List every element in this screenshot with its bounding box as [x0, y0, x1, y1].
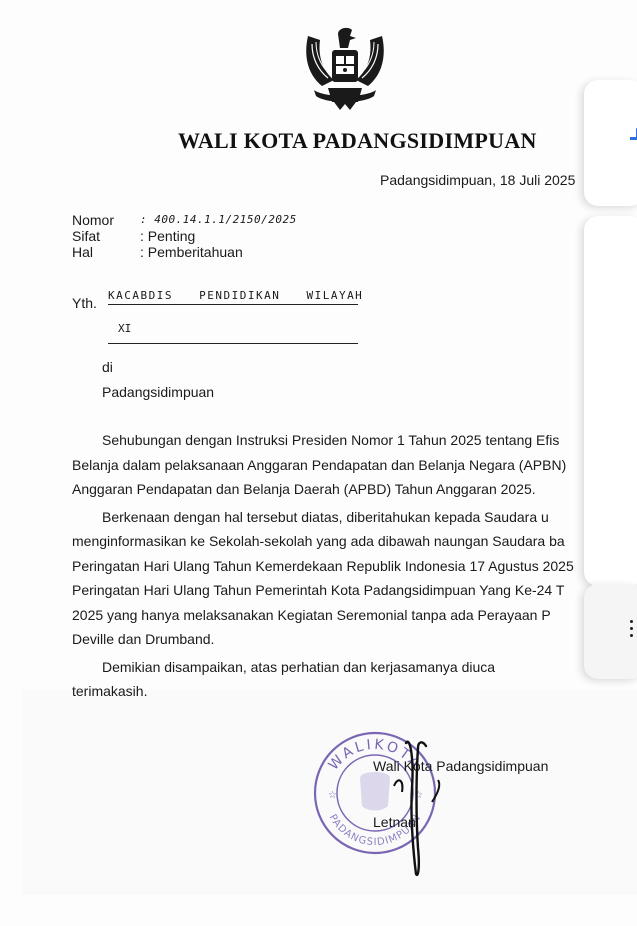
recipient-line-1: KACABDIS PENDIDIKAN WILAYAH [108, 289, 358, 305]
overlay-panel-menu[interactable] [584, 584, 637, 679]
body-line: Deville dan Drumband. [72, 627, 612, 652]
meta-label: Sifat [72, 228, 140, 244]
meta-label: Nomor [72, 212, 140, 228]
meta-sifat: Sifat : Penting [72, 228, 297, 244]
handwritten-signature-icon [370, 728, 460, 878]
word: disampaikan, [164, 659, 247, 675]
word: dan [343, 659, 366, 675]
letter-page: WALI KOTA PADANGSIDIMPUAN Padangsidimpua… [0, 0, 637, 926]
meta-value: : Penting [140, 228, 195, 244]
body-line: Berkenaan dengan hal tersebut diatas, di… [72, 505, 612, 530]
body-line: Anggaran Pendapatan dan Belanja Daerah (… [72, 477, 612, 502]
recipient-line-2: XI [108, 322, 358, 344]
letter-meta: Nomor : 400.14.1.1/2150/2025 Sifat : Pen… [72, 212, 297, 260]
meta-value: : Pemberitahuan [140, 244, 243, 260]
overlay-panel-top[interactable] [584, 80, 637, 206]
paragraph-3: Demikian disampaikan, atas perhatian dan… [72, 655, 612, 704]
meta-hal: Hal : Pemberitahuan [72, 244, 297, 260]
recipient-di: di [102, 359, 113, 375]
body-line: Belanja dalam pelaksanaan Anggaran Penda… [72, 453, 612, 478]
word: kerjasamanya [371, 659, 458, 675]
garuda-emblem-icon [300, 18, 390, 118]
overlay-panel-middle[interactable] [584, 216, 637, 586]
signature-block: WALIKOTA PADANGSIDIMPUAN ☆ ☆ Wali Kota P… [310, 728, 610, 878]
paragraph-2: Berkenaan dengan hal tersebut diatas, di… [72, 505, 612, 652]
letter-body: Sehubungan dengan Instruksi Presiden Nom… [72, 428, 612, 704]
word: perhatian [281, 659, 339, 675]
meta-label: Hal [72, 244, 140, 260]
paragraph-1: Sehubungan dengan Instruksi Presiden Nom… [72, 428, 612, 502]
body-line: Peringatan Hari Ulang Tahun Kemerdekaan … [72, 554, 612, 579]
kebab-menu-icon[interactable] [630, 620, 634, 641]
word: Demikian [102, 659, 160, 675]
body-line: Peringatan Hari Ulang Tahun Pemerintah K… [72, 578, 612, 603]
recipient-city: Padangsidimpuan [102, 384, 214, 400]
body-line: menginformasikan ke Sekolah-sekolah yang… [72, 529, 612, 554]
recipient-prefix: Yth. [72, 295, 97, 311]
svg-text:☆: ☆ [328, 790, 337, 801]
body-line: terimakasih. [72, 679, 612, 704]
meta-value: : 400.14.1.1/2150/2025 [140, 212, 297, 228]
body-line: Sehubungan dengan Instruksi Presiden Nom… [72, 428, 612, 453]
word: diuca [462, 659, 495, 675]
body-line-justified: Demikian disampaikan, atas perhatian dan… [72, 655, 612, 680]
meta-nomor: Nomor : 400.14.1.1/2150/2025 [72, 212, 297, 228]
body-line: 2025 yang hanya melaksanakan Kegiatan Se… [72, 603, 612, 628]
word: atas [251, 659, 277, 675]
letter-date: Padangsidimpuan, 18 Juli 2025 [380, 172, 575, 188]
letterhead-title: WALI KOTA PADANGSIDIMPUAN [178, 128, 537, 154]
